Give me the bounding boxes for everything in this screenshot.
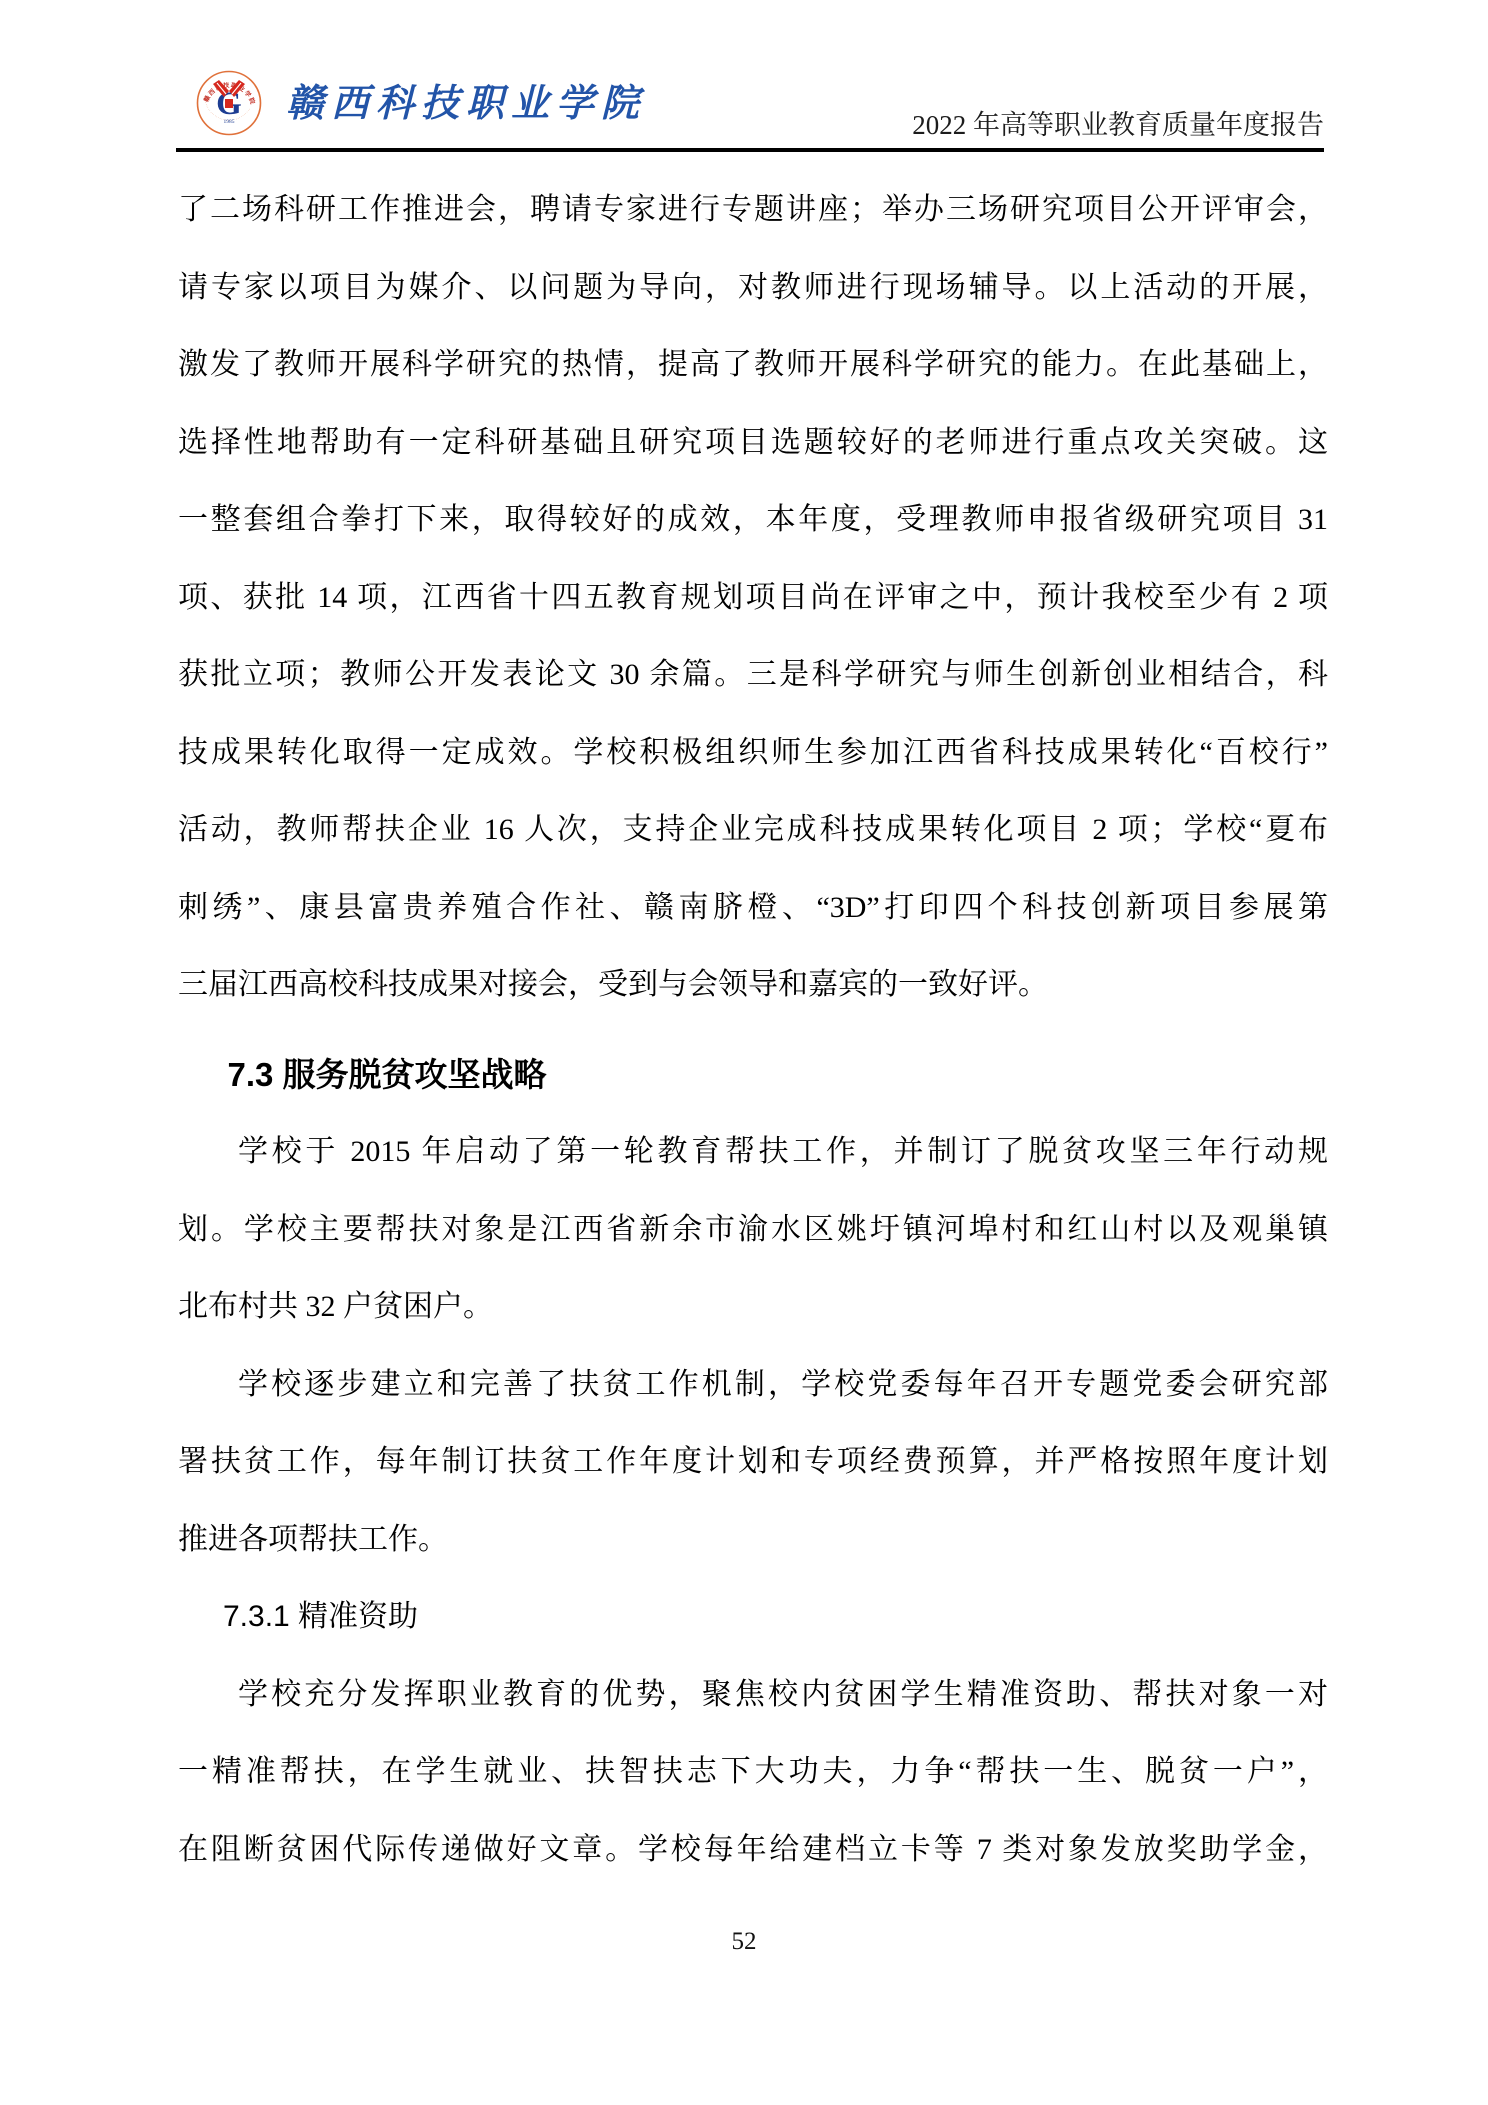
text-line: 技成果转化取得一定成效。学校积极组织师生参加江西省科技成果转化“百校行” <box>178 714 1328 792</box>
text-line: 推进各项帮扶工作。 <box>178 1501 1328 1579</box>
section-heading: 7.3.1 精准资助 <box>178 1578 1328 1656</box>
text-line: 一精准帮扶，在学生就业、扶智扶志下大功夫，力争“帮扶一生、脱贫一户”， <box>178 1733 1328 1811</box>
text-line: 活动，教师帮扶企业 16 人次，支持企业完成科技成果转化项目 2 项；学校“夏布 <box>178 791 1328 869</box>
section-heading: 7.3 服务脱贫攻坚战略 <box>178 1036 1328 1114</box>
header-divider <box>176 148 1324 152</box>
text-line: 署扶贫工作，每年制订扶贫工作年度计划和专项经费预算，并严格按照年度计划 <box>178 1423 1328 1501</box>
report-title: 2022 年高等职业教育质量年度报告 <box>912 108 1324 142</box>
school-name: 赣西科技职业学院 <box>286 82 646 126</box>
text-line: 获批立项；教师公开发表论文 30 余篇。三是科学研究与师生创新创业相结合，科 <box>178 636 1328 714</box>
seal-center-mark <box>225 99 233 108</box>
school-seal-icon: 赣西科技职业学院 ·······························… <box>196 68 262 138</box>
text-line: 请专家以项目为媒介、以问题为导向，对教师进行现场辅导。以上活动的开展， <box>178 249 1328 327</box>
seal-year: 1985 <box>224 119 235 125</box>
text-line: 三届江西高校科技成果对接会，受到与会领导和嘉宾的一致好评。 <box>178 946 1328 1024</box>
text-line: 一整套组合拳打下来，取得较好的成效，本年度，受理教师申报省级研究项目 31 <box>178 481 1328 559</box>
text-line: 刺绣”、康县富贵养殖合作社、赣南脐橙、“3D”打印四个科技创新项目参展第 <box>178 869 1328 947</box>
text-line: 了二场科研工作推进会，聘请专家进行专题讲座；举办三场研究项目公开评审会， <box>178 171 1328 249</box>
document-body: 了二场科研工作推进会，聘请专家进行专题讲座；举办三场研究项目公开评审会，请专家以… <box>178 171 1328 1888</box>
text-line: 项、获批 14 项，江西省十四五教育规划项目尚在评审之中，预计我校至少有 2 项 <box>178 559 1328 637</box>
report-page: 赣西科技职业学院 ·······························… <box>0 0 1488 2105</box>
text-line: 学校于 2015 年启动了第一轮教育帮扶工作，并制订了脱贫攻坚三年行动规 <box>178 1113 1328 1191</box>
text-line: 划。学校主要帮扶对象是江西省新余市渝水区姚圩镇河埠村和红山村以及观巢镇 <box>178 1191 1328 1269</box>
text-line: 选择性地帮助有一定科研基础且研究项目选题较好的老师进行重点攻关突破。这 <box>178 404 1328 482</box>
text-line: 激发了教师开展科学研究的热情，提高了教师开展科学研究的能力。在此基础上， <box>178 326 1328 404</box>
text-line: 在阻断贫困代际传递做好文章。学校每年给建档立卡等 7 类对象发放奖助学金， <box>178 1811 1328 1889</box>
school-logo-icon: 赣西科技职业学院 ·······························… <box>196 68 262 138</box>
text-line: 学校逐步建立和完善了扶贫工作机制，学校党委每年召开专题党委会研究部 <box>178 1346 1328 1424</box>
text-line: 北布村共 32 户贫困户。 <box>178 1268 1328 1346</box>
text-line: 学校充分发挥职业教育的优势，聚焦校内贫困学生精准资助、帮扶对象一对 <box>178 1656 1328 1734</box>
page-number: 52 <box>0 1922 1488 1962</box>
